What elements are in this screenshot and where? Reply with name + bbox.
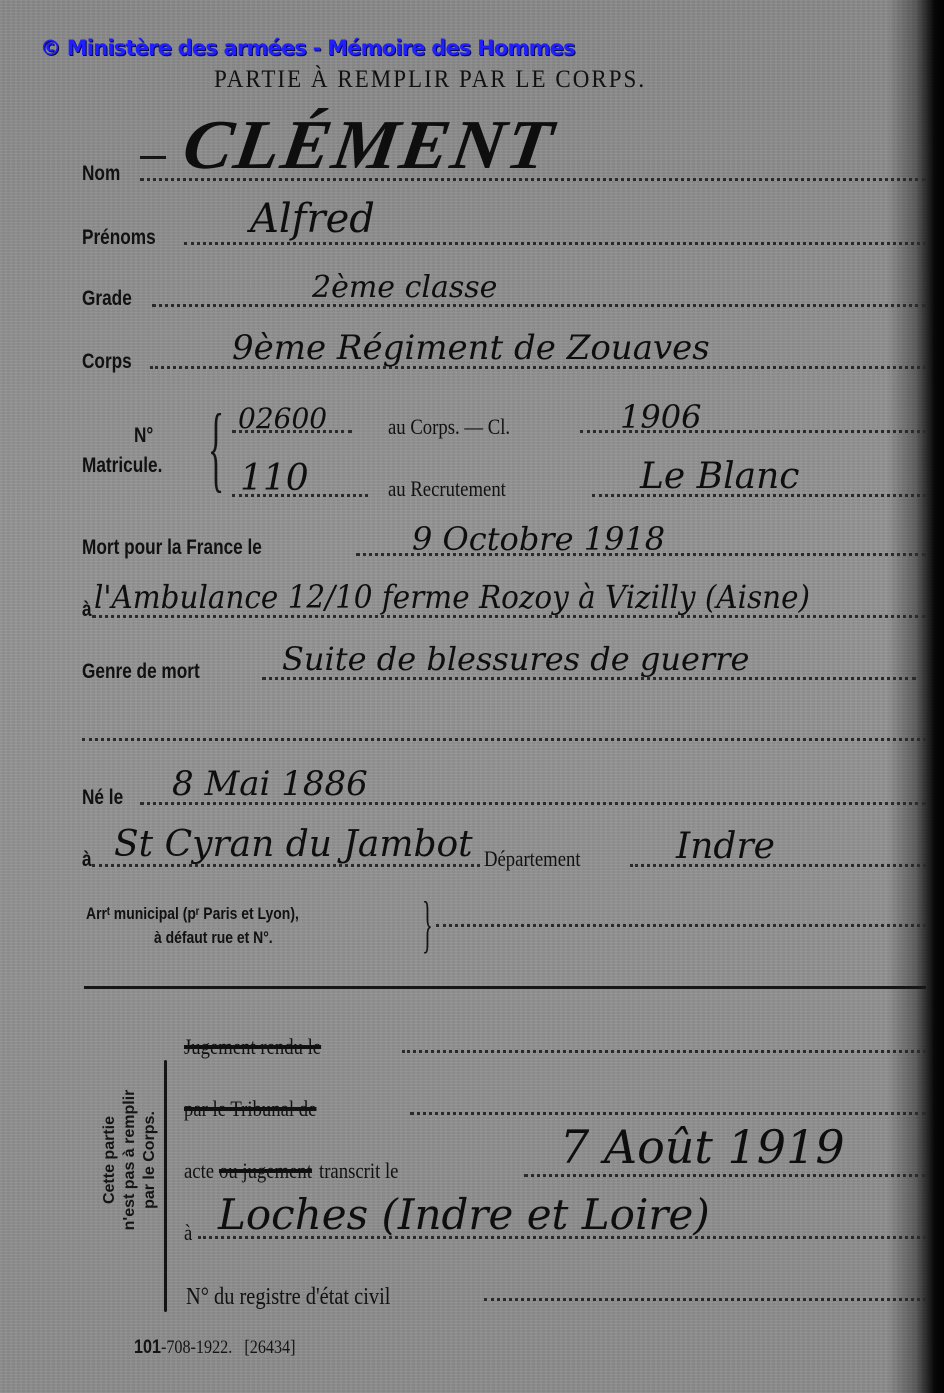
side-note: Cette partie n'est pas à remplir par le … [100,1070,160,1250]
matricule-brace: { [208,400,224,496]
matricule-corps-value: 02600 [238,402,327,435]
departement-value: Indre [676,826,775,867]
nom-value: CLÉMENT [178,106,560,186]
lieu-mort-prefix: à [82,598,92,622]
recrutement-value: 110 [240,458,309,499]
blank-dotted-line [82,738,926,741]
grade-value: 2ème classe [312,270,497,305]
ne-le-value: 8 Mai 1886 [172,764,368,804]
prenoms-value: Alfred [250,196,375,242]
form-header: PARTIE À REMPLIR PAR LE CORPS. [214,66,646,94]
side-note-line-3: par le Corps. [140,1070,160,1250]
departement-label: Département [484,846,581,872]
classe-value: 1906 [620,398,701,436]
matricule-corps-label: au Corps. — Cl. [388,414,510,440]
jugement-label: Jugement rendu le [184,1034,321,1060]
corps-label: Corps [82,350,132,374]
arrondissement-label-2: à défaut rue et N°. [154,928,273,948]
transcrit-label-start: acte [184,1158,214,1184]
arrondissement-dotted-line [436,924,926,927]
recrutement-place-value: Le Blanc [640,456,799,497]
mort-value: 9 Octobre 1918 [412,520,665,558]
copyright-watermark: © Ministère des armées - Mémoire des Hom… [40,36,575,60]
transcrit-value: 7 Août 1919 [560,1120,845,1174]
lieu-naissance-prefix: à [82,848,92,872]
transcrit-label-group: acte ou jugement transcrit le [184,1158,412,1184]
recrutement-label: au Recrutement [388,476,506,502]
transcription-value: Loches (Indre et Loire) [218,1190,710,1239]
matricule-label: Matricule. [82,454,162,478]
tribunal-label: par le Tribunal de [184,1096,316,1122]
transcrit-dotted-line [524,1174,926,1177]
tribunal-dotted-line [410,1112,926,1115]
arrondissement-label-1: Arrᵗ municipal (pʳ Paris et Lyon), [86,904,299,924]
lieu-naissance-value: St Cyran du Jambot [114,824,473,865]
jugement-dotted-line [402,1050,926,1053]
side-bracket [164,1060,167,1312]
print-code: -708-1922. [161,1337,232,1358]
transcrit-label-end: transcrit le [319,1158,398,1184]
nom-label: Nom [82,162,120,186]
mort-label: Mort pour la France le [82,536,262,560]
ne-le-label: Né le [82,786,123,810]
genre-mort-value: Suite de blessures de guerre [282,640,749,678]
grade-label: Grade [82,287,132,311]
departement-dotted-line [630,864,926,867]
nom-dash [140,156,166,159]
corps-value: 9ème Régiment de Zouaves [232,328,710,368]
transcrit-label-struck: ou jugement [219,1158,312,1184]
prenoms-dotted-line [184,242,926,245]
registre-dotted-line [484,1298,926,1301]
matricule-label-no: N° [134,424,153,448]
print-ref: [26434] [244,1337,295,1358]
side-note-line-2: n'est pas à remplir [120,1070,140,1250]
prenoms-label: Prénoms [82,226,156,250]
side-note-line-1: Cette partie [100,1070,120,1250]
section-separator [84,986,926,989]
lieu-mort-value: l'Ambulance 12/10 ferme Rozoy à Vizilly … [94,578,810,616]
print-code-bold: 101 [134,1337,161,1358]
arrondissement-brace: } [422,892,433,956]
genre-mort-label: Genre de mort [82,660,200,684]
grade-dotted-line [152,304,926,307]
print-reference: 101-708-1922. [26434] [134,1337,296,1359]
transcription-prefix: à [184,1220,192,1246]
registre-label: N° du registre d'état civil [186,1284,390,1311]
